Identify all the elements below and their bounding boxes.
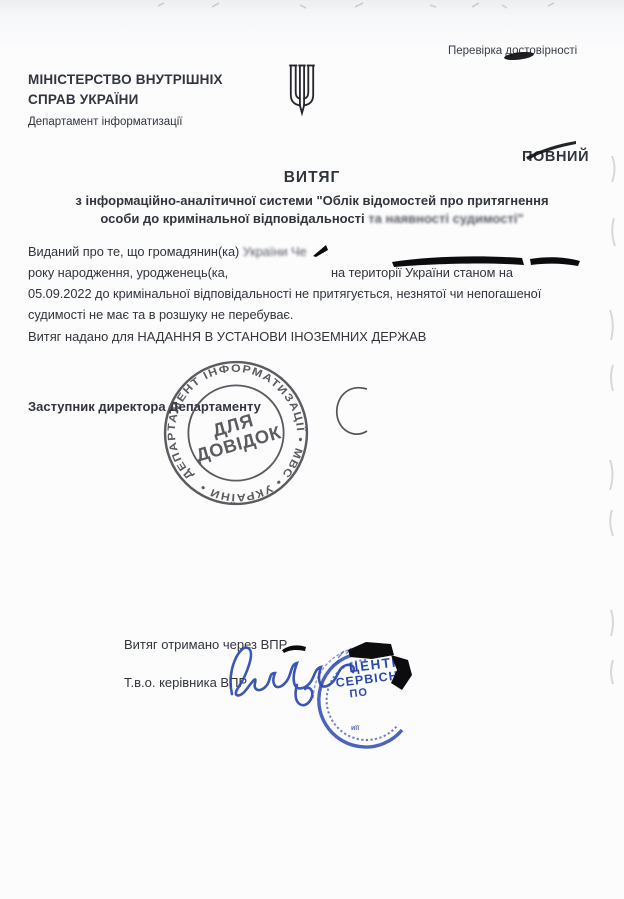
pen-stroke-mark	[524, 139, 580, 163]
blue-stamp-micro-text: иїї	[351, 725, 360, 732]
body-line1-smudged: України Че	[243, 244, 307, 259]
purpose-line: Витяг надано для НАДАННЯ В УСТАНОВИ ІНОЗ…	[28, 329, 426, 344]
subtitle-line2-clear: особи до кримінальної відповідальності	[100, 211, 364, 226]
round-office-stamp: ДЕПАРТАМЕНТ ІНФОРМАТИЗАЦІЇ • МВС • УКРАЇ…	[161, 358, 311, 508]
letterhead: МІНІСТЕРСТВО ВНУТРІШНІХ СПРАВ УКРАЇНИ Де…	[28, 70, 223, 132]
department-name: Департамент інформатизації	[28, 112, 223, 132]
body-line2-left: року народження, уродженець(ка,	[28, 265, 228, 280]
scan-artifacts-right-edge	[598, 140, 624, 720]
ukraine-trident-emblem	[281, 56, 323, 124]
ministry-name-line2: СПРАВ УКРАЇНИ	[28, 90, 223, 110]
redaction-smudge-verification	[501, 49, 539, 63]
scan-artifacts-top	[150, 0, 580, 12]
document-title: ВИТЯГ	[0, 169, 624, 187]
ministry-name-line1: МІНІСТЕРСТВО ВНУТРІШНІХ	[28, 70, 223, 90]
blue-service-center-stamp: ЦЕНТР СЕРВІСНИ ПО иїї	[293, 628, 445, 778]
blue-stamp-word3: ПО	[349, 686, 369, 700]
subtitle-line2-smudged: та наявності судимості"	[368, 211, 523, 226]
body-line1-clear: Виданий про те, що громадянин(ка)	[28, 244, 239, 259]
pen-c-mark	[331, 381, 373, 443]
document-page: Перевірка достовірності МІНІСТЕРСТВО ВНУ…	[0, 0, 624, 899]
redaction-bars	[390, 253, 585, 273]
subtitle-line2: особи до кримінальної відповідальності т…	[0, 211, 624, 226]
subtitle-line1: з інформаційно-аналітичної системи "Облі…	[0, 193, 624, 208]
redaction-flag-icon	[312, 244, 329, 258]
body-line-4: судимості не має та в розшуку не перебув…	[28, 307, 608, 328]
body-line-3: 05.09.2022 до кримінальної відповідально…	[28, 286, 608, 307]
